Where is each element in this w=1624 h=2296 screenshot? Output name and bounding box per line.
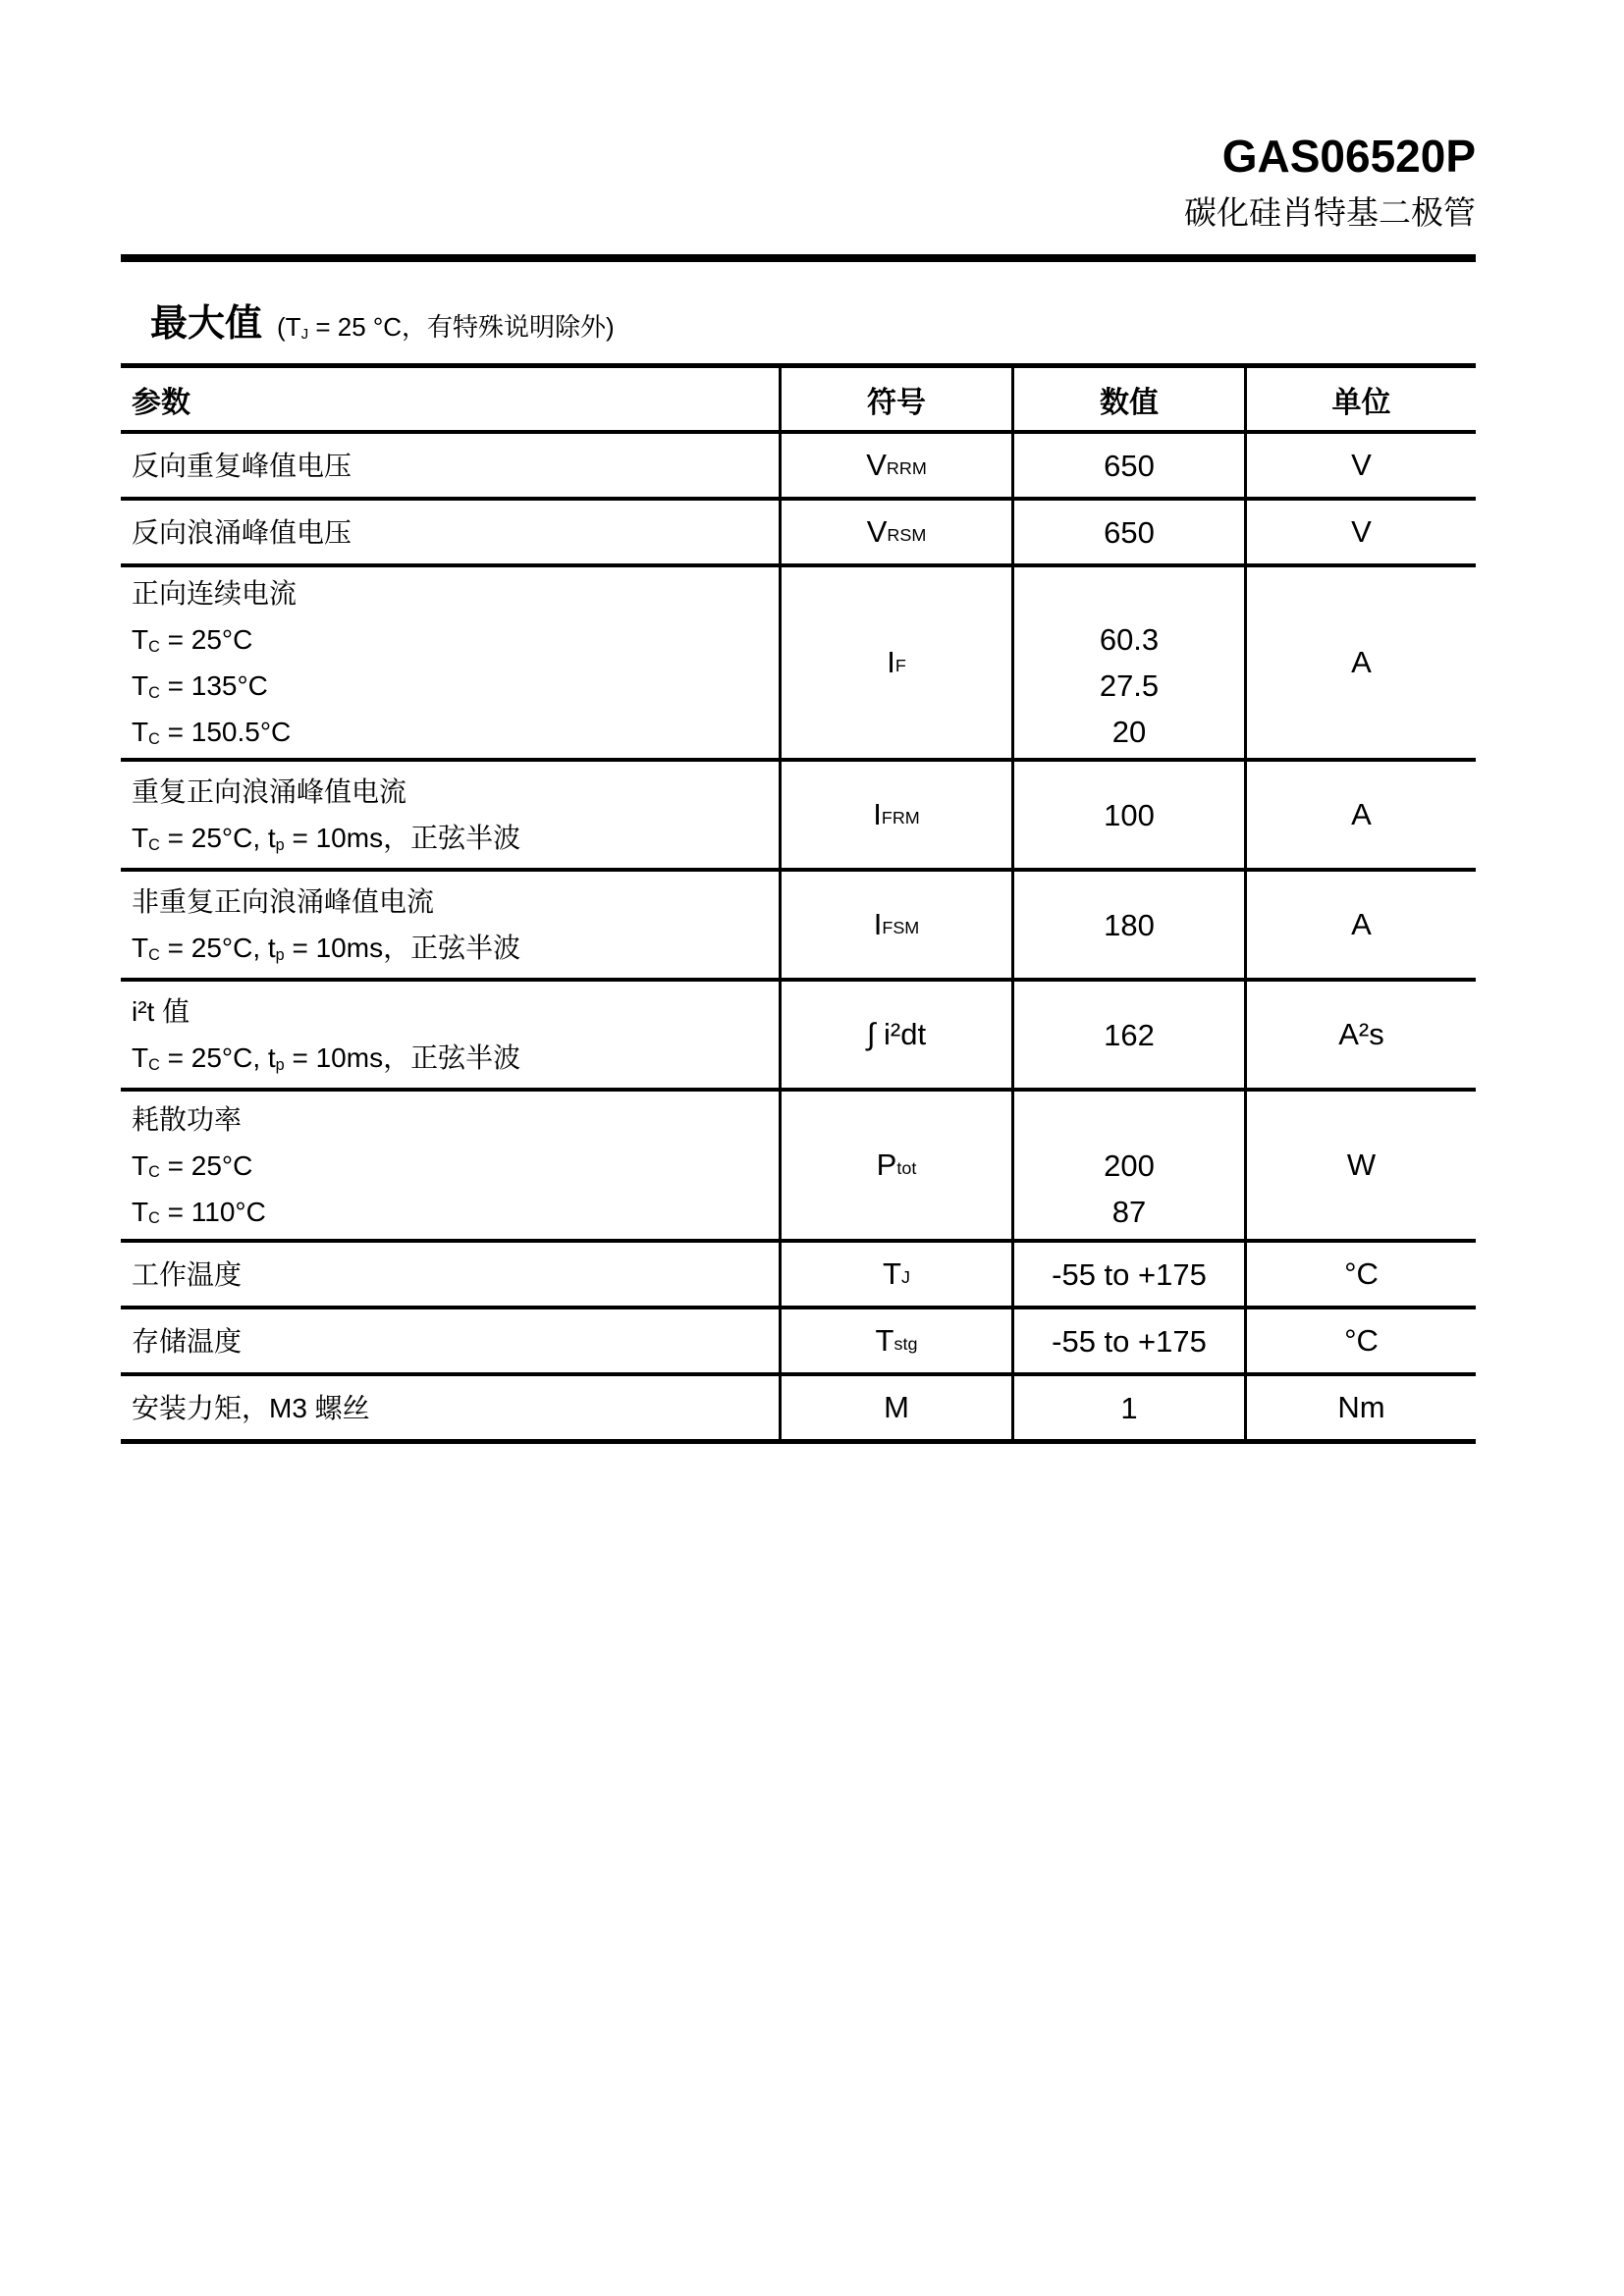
table-body: 反向重复峰值电压VRRM650V反向浪涌峰值电压VRSM650V正向连续电流TC… xyxy=(121,430,1476,1439)
symbol-cell: IF xyxy=(779,567,1011,758)
parameter-line: 反向浪涌峰值电压 xyxy=(132,509,352,556)
value-line: -55 to +175 xyxy=(1052,1252,1207,1298)
value-line: -55 to +175 xyxy=(1052,1318,1207,1364)
unit-cell: V xyxy=(1244,434,1476,497)
section-condition: (TJ = 25 °C，有特殊说明除外) xyxy=(277,307,615,344)
table-row: 耗散功率TC = 25°CTC = 110°CPtot20087W xyxy=(121,1088,1476,1239)
table-row: 工作温度TJ-55 to +175°C xyxy=(121,1239,1476,1306)
max-ratings-table: 参数 符号 数值 单位 反向重复峰值电压VRRM650V反向浪涌峰值电压VRSM… xyxy=(121,363,1476,1444)
value-cell: 180 xyxy=(1011,872,1244,978)
header-rule xyxy=(121,254,1476,262)
parameter-line: i²t 值 xyxy=(132,988,520,1035)
parameter-line: 反向重复峰值电压 xyxy=(132,443,352,489)
table-row: 反向浪涌峰值电压VRSM650V xyxy=(121,497,1476,563)
value-cell: 650 xyxy=(1011,501,1244,563)
parameter-lines: 反向浪涌峰值电压 xyxy=(132,509,352,556)
parameter-cell: 耗散功率TC = 25°CTC = 110°C xyxy=(121,1092,779,1239)
page-header: GAS06520P 碳化硅肖特基二极管 xyxy=(1184,133,1476,229)
value-lines: 650 xyxy=(1104,509,1155,556)
table-row: 反向重复峰值电压VRRM650V xyxy=(121,430,1476,497)
parameter-lines: 安装力矩，M3 螺丝 xyxy=(132,1385,370,1431)
value-line: 100 xyxy=(1104,792,1155,838)
parameter-lines: 非重复正向浪涌峰值电流TC = 25°C, tp = 10ms，正弦半波 xyxy=(132,879,520,971)
unit-cell: A xyxy=(1244,762,1476,868)
parameter-line: 正向连续电流 xyxy=(132,570,297,616)
value-cell: 20087 xyxy=(1011,1092,1244,1239)
unit-cell: W xyxy=(1244,1092,1476,1239)
column-header-value: 数值 xyxy=(1011,368,1244,430)
symbol-cell: Tstg xyxy=(779,1309,1011,1372)
column-header-symbol: 符号 xyxy=(779,368,1011,430)
value-lines: -55 to +175 xyxy=(1052,1318,1207,1364)
parameter-line: 非重复正向浪涌峰值电流 xyxy=(132,879,520,925)
value-line xyxy=(1104,1096,1155,1143)
value-lines: 20087 xyxy=(1104,1096,1155,1235)
value-cell: -55 to +175 xyxy=(1011,1309,1244,1372)
value-lines: 180 xyxy=(1104,902,1155,948)
value-cell: -55 to +175 xyxy=(1011,1243,1244,1306)
parameter-cell: 反向浪涌峰值电压 xyxy=(121,501,779,563)
value-line: 650 xyxy=(1104,509,1155,556)
parameter-line: TC = 135°C xyxy=(132,663,297,709)
parameter-lines: 耗散功率TC = 25°CTC = 110°C xyxy=(132,1096,266,1235)
parameter-cell: 安装力矩，M3 螺丝 xyxy=(121,1376,779,1439)
parameter-line: 耗散功率 xyxy=(132,1096,266,1143)
unit-cell: °C xyxy=(1244,1243,1476,1306)
parameter-lines: 反向重复峰值电压 xyxy=(132,443,352,489)
parameter-lines: i²t 值TC = 25°C, tp = 10ms，正弦半波 xyxy=(132,988,520,1081)
parameter-lines: 存储温度 xyxy=(132,1318,242,1364)
section-heading: 最大值 (TJ = 25 °C，有特殊说明除外) xyxy=(150,293,615,347)
datasheet-page: GAS06520P 碳化硅肖特基二极管 最大值 (TJ = 25 °C，有特殊说… xyxy=(0,0,1624,2296)
unit-cell: V xyxy=(1244,501,1476,563)
symbol-cell: TJ xyxy=(779,1243,1011,1306)
symbol-cell: Ptot xyxy=(779,1092,1011,1239)
symbol-cell: M xyxy=(779,1376,1011,1439)
symbol-cell: IFSM xyxy=(779,872,1011,978)
unit-cell: A²s xyxy=(1244,982,1476,1088)
unit-cell: A xyxy=(1244,567,1476,758)
table-row: 正向连续电流TC = 25°CTC = 135°CTC = 150.5°CIF6… xyxy=(121,563,1476,758)
symbol-cell: IFRM xyxy=(779,762,1011,868)
value-line xyxy=(1100,570,1159,616)
parameter-cell: 重复正向浪涌峰值电流TC = 25°C, tp = 10ms，正弦半波 xyxy=(121,762,779,868)
parameter-lines: 正向连续电流TC = 25°CTC = 135°CTC = 150.5°C xyxy=(132,570,297,755)
value-line: 162 xyxy=(1104,1012,1155,1058)
parameter-cell: 正向连续电流TC = 25°CTC = 135°CTC = 150.5°C xyxy=(121,567,779,758)
parameter-line: TC = 25°C, tp = 10ms，正弦半波 xyxy=(132,815,520,861)
unit-cell: Nm xyxy=(1244,1376,1476,1439)
value-lines: 650 xyxy=(1104,443,1155,489)
value-line: 200 xyxy=(1104,1143,1155,1189)
column-header-unit: 单位 xyxy=(1244,368,1476,430)
parameter-line: TC = 150.5°C xyxy=(132,709,297,755)
parameter-line: TC = 110°C xyxy=(132,1189,266,1235)
symbol-cell: ∫ i²dt xyxy=(779,982,1011,1088)
value-cell: 162 xyxy=(1011,982,1244,1088)
parameter-cell: 反向重复峰值电压 xyxy=(121,434,779,497)
parameter-line: TC = 25°C xyxy=(132,1143,266,1189)
parameter-cell: 工作温度 xyxy=(121,1243,779,1306)
value-line: 650 xyxy=(1104,443,1155,489)
parameter-lines: 重复正向浪涌峰值电流TC = 25°C, tp = 10ms，正弦半波 xyxy=(132,769,520,861)
value-lines: 100 xyxy=(1104,792,1155,838)
table-row: 安装力矩，M3 螺丝M1Nm xyxy=(121,1372,1476,1439)
value-lines: -55 to +175 xyxy=(1052,1252,1207,1298)
value-line: 180 xyxy=(1104,902,1155,948)
symbol-cell: VRRM xyxy=(779,434,1011,497)
parameter-line: 存储温度 xyxy=(132,1318,242,1364)
parameter-line: TC = 25°C, tp = 10ms，正弦半波 xyxy=(132,1035,520,1081)
value-line: 87 xyxy=(1104,1189,1155,1235)
section-title: 最大值 xyxy=(150,293,262,347)
unit-cell: A xyxy=(1244,872,1476,978)
value-cell: 60.327.520 xyxy=(1011,567,1244,758)
part-description: 碳化硅肖特基二极管 xyxy=(1184,196,1476,229)
symbol-cell: VRSM xyxy=(779,501,1011,563)
value-cell: 100 xyxy=(1011,762,1244,868)
value-line: 20 xyxy=(1100,709,1159,755)
value-line: 27.5 xyxy=(1100,663,1159,709)
value-lines: 60.327.520 xyxy=(1100,570,1159,755)
value-line: 1 xyxy=(1120,1385,1137,1431)
table-row: i²t 值TC = 25°C, tp = 10ms，正弦半波∫ i²dt162A… xyxy=(121,978,1476,1088)
unit-cell: °C xyxy=(1244,1309,1476,1372)
column-header-parameter: 参数 xyxy=(121,368,779,430)
table-row: 非重复正向浪涌峰值电流TC = 25°C, tp = 10ms，正弦半波IFSM… xyxy=(121,868,1476,978)
parameter-line: TC = 25°C xyxy=(132,616,297,663)
parameter-lines: 工作温度 xyxy=(132,1252,242,1298)
parameter-cell: i²t 值TC = 25°C, tp = 10ms，正弦半波 xyxy=(121,982,779,1088)
parameter-line: 重复正向浪涌峰值电流 xyxy=(132,769,520,815)
parameter-line: TC = 25°C, tp = 10ms，正弦半波 xyxy=(132,925,520,971)
value-cell: 1 xyxy=(1011,1376,1244,1439)
table-row: 存储温度Tstg-55 to +175°C xyxy=(121,1306,1476,1372)
part-number: GAS06520P xyxy=(1184,133,1476,179)
parameter-line: 安装力矩，M3 螺丝 xyxy=(132,1385,370,1431)
value-lines: 1 xyxy=(1120,1385,1137,1431)
parameter-line: 工作温度 xyxy=(132,1252,242,1298)
value-cell: 650 xyxy=(1011,434,1244,497)
value-lines: 162 xyxy=(1104,1012,1155,1058)
table-row: 重复正向浪涌峰值电流TC = 25°C, tp = 10ms，正弦半波IFRM1… xyxy=(121,758,1476,868)
table-header-row: 参数 符号 数值 单位 xyxy=(121,368,1476,430)
value-line: 60.3 xyxy=(1100,616,1159,663)
parameter-cell: 存储温度 xyxy=(121,1309,779,1372)
parameter-cell: 非重复正向浪涌峰值电流TC = 25°C, tp = 10ms，正弦半波 xyxy=(121,872,779,978)
